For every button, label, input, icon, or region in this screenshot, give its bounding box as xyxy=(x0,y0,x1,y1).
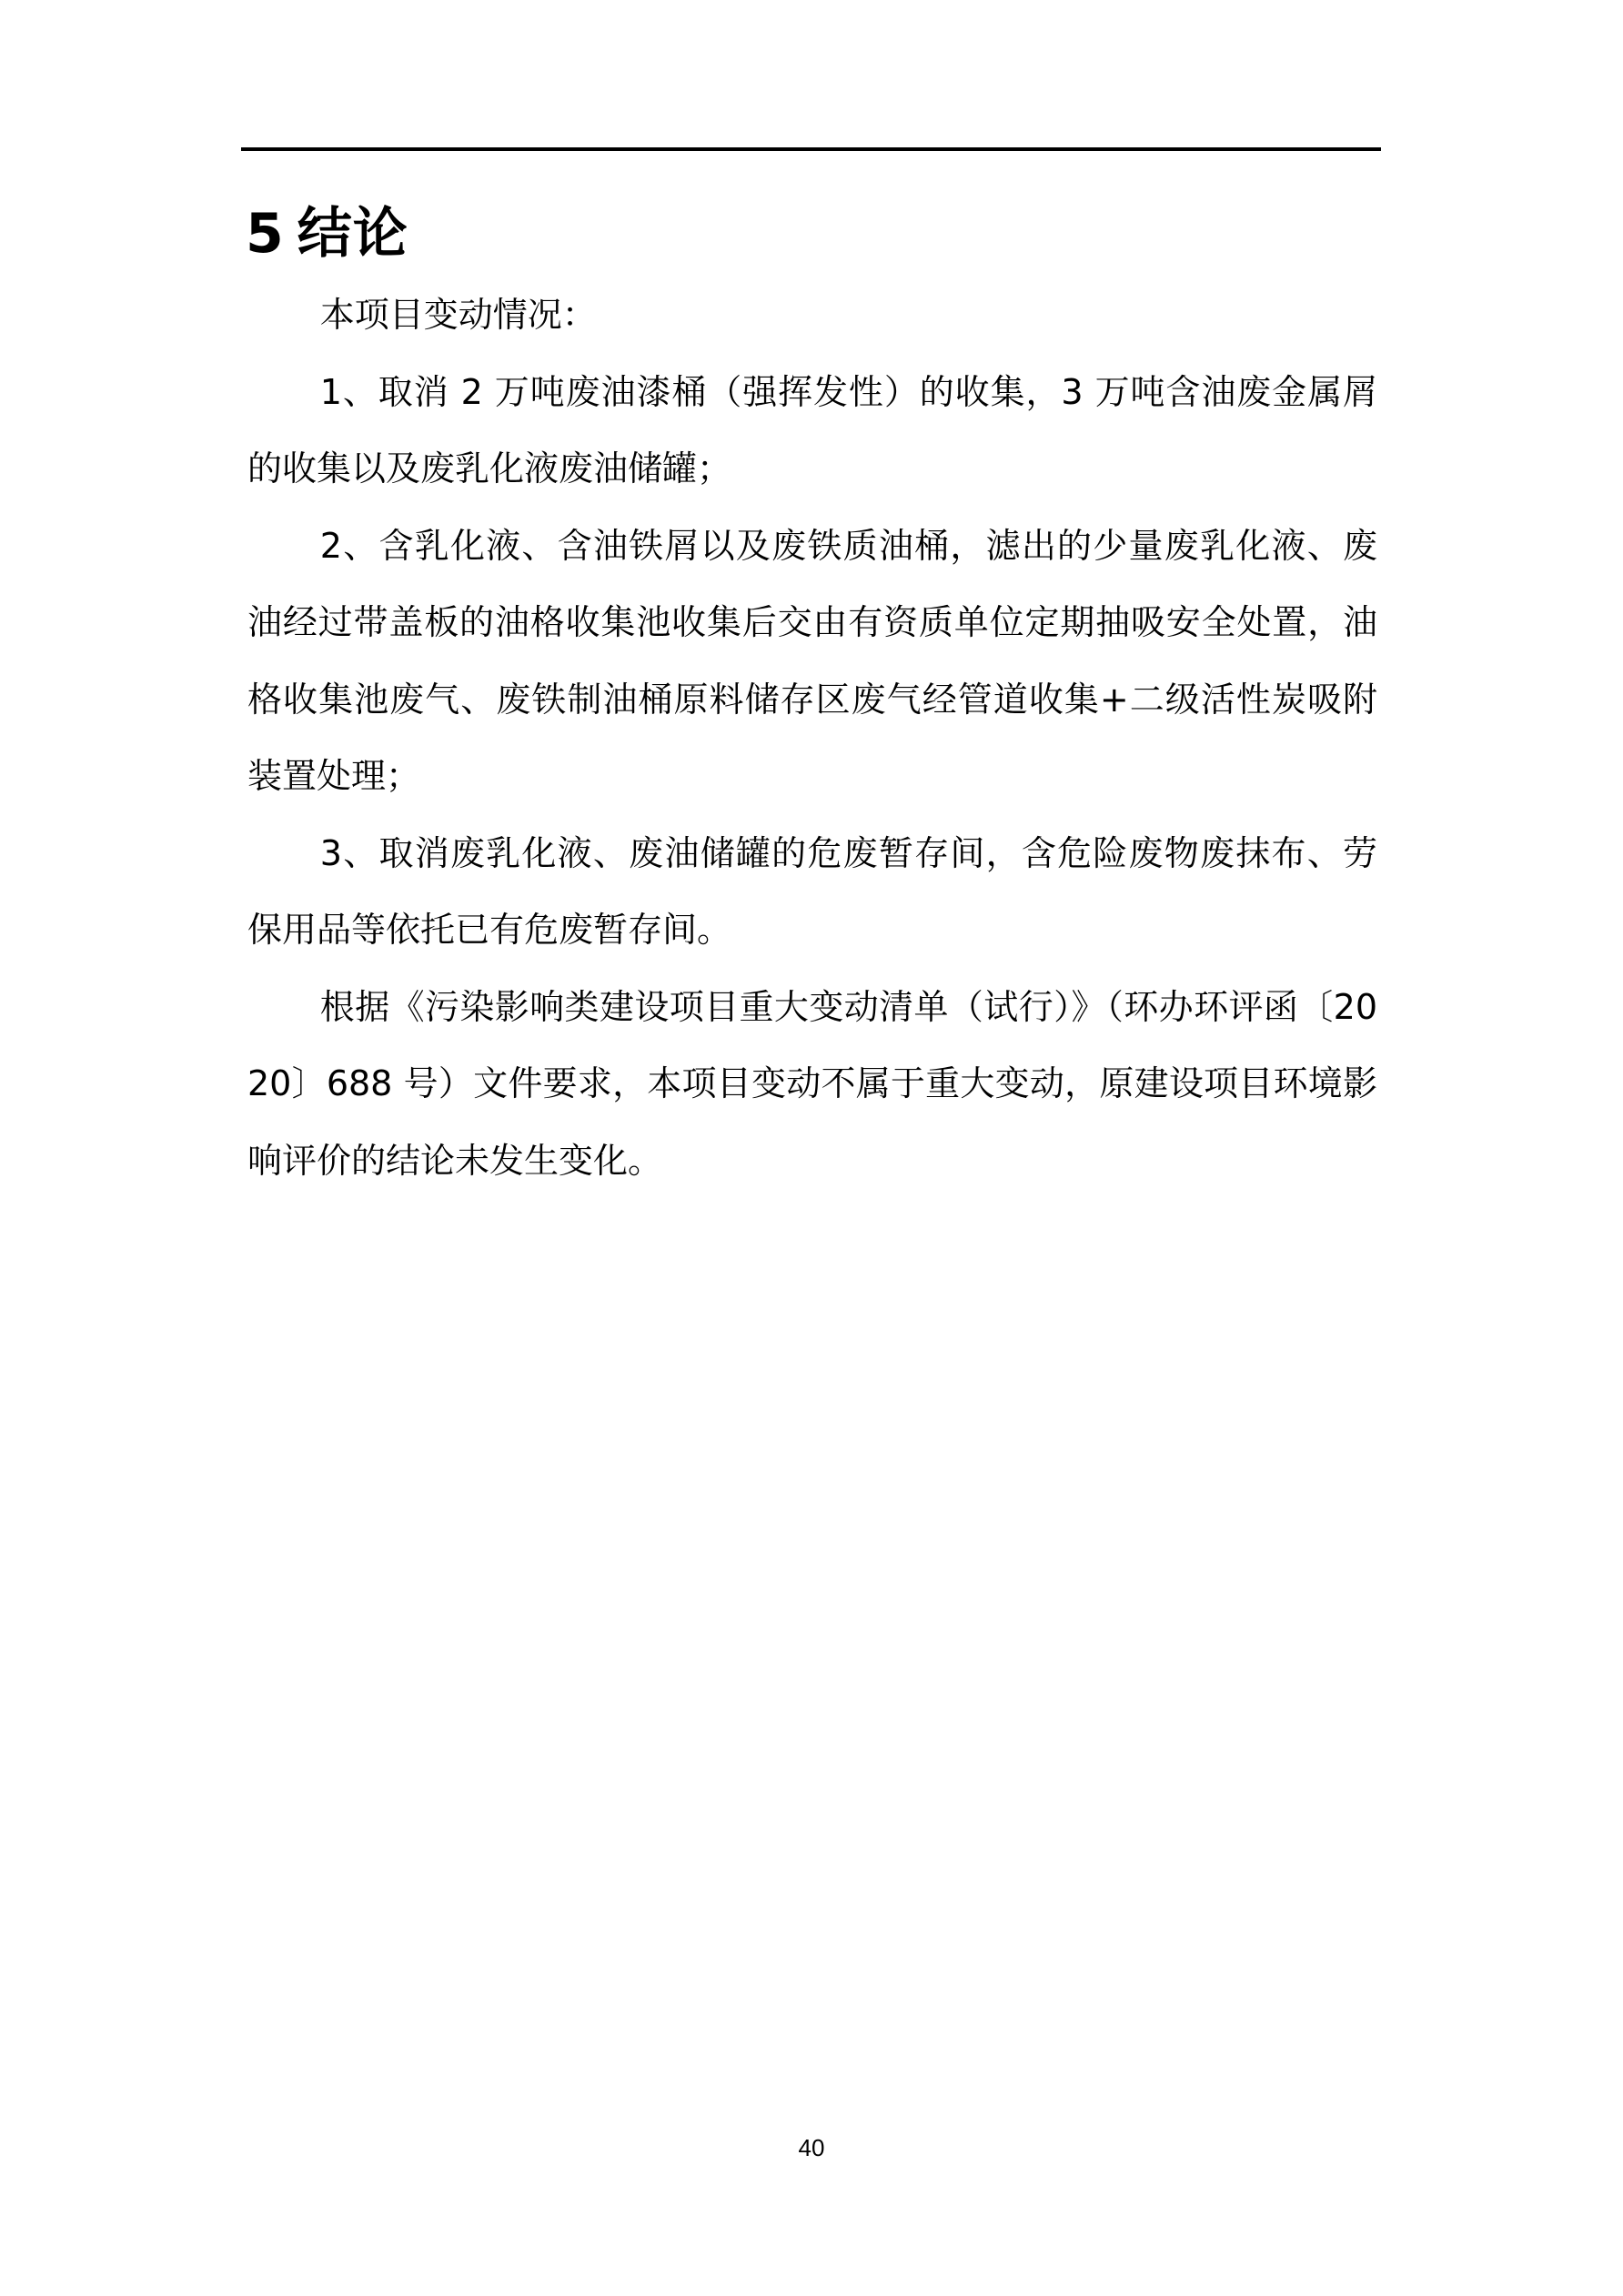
document-page: 5结论 本项目变动情况： 1、取消 2 万吨废油漆桶（强挥发性）的收集，3 万吨… xyxy=(0,0,1623,2296)
section-number: 5 xyxy=(246,202,285,266)
section-heading: 5结论 xyxy=(246,193,408,275)
body-text: 本项目变动情况： 1、取消 2 万吨废油漆桶（强挥发性）的收集，3 万吨含油废金… xyxy=(247,277,1377,1199)
page-number: 40 xyxy=(0,2134,1623,2161)
paragraph-item-1: 1、取消 2 万吨废油漆桶（强挥发性）的收集，3 万吨含油废金属屑的收集以及废乳… xyxy=(247,354,1377,508)
section-title: 结论 xyxy=(297,202,408,266)
paragraph-conclusion: 根据《污染影响类建设项目重大变动清单（试行）》（环办环评函〔2020〕688 号… xyxy=(247,969,1377,1200)
paragraph-item-2: 2、含乳化液、含油铁屑以及废铁质油桶，滤出的少量废乳化液、废油经过带盖板的油格收… xyxy=(247,508,1377,815)
paragraph-intro: 本项目变动情况： xyxy=(247,277,1377,354)
paragraph-item-3: 3、取消废乳化液、废油储罐的危废暂存间，含危险废物废抹布、劳保用品等依托已有危废… xyxy=(247,815,1377,969)
header-rule xyxy=(241,147,1381,151)
